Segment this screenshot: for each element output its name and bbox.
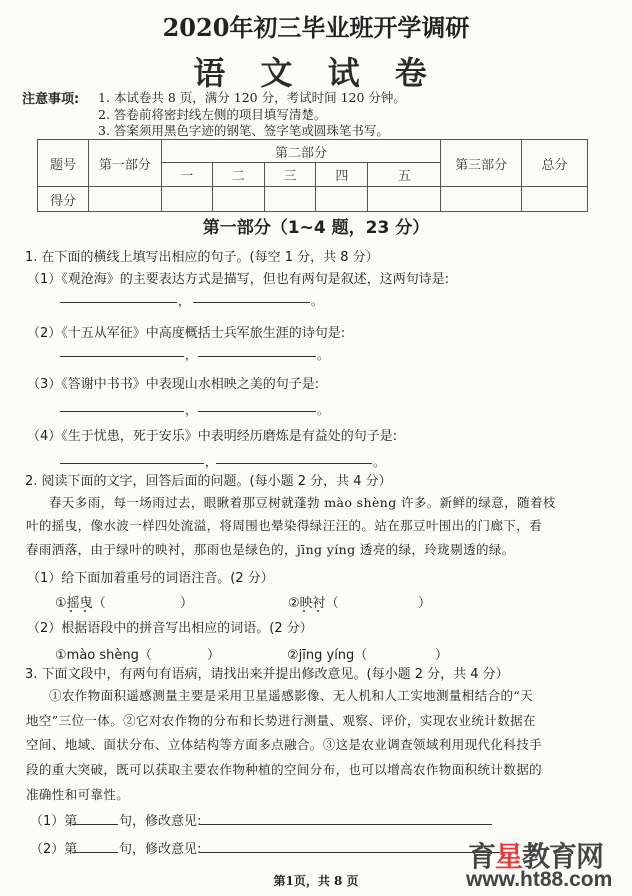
passage-2-line-1: 春天多雨，每一场雨过去，眼瞅着那豆树就蓬勃 mào shèng 许多。新鲜的绿意… [49,493,556,511]
comma: ， [185,401,197,418]
score-cell-part2-2[interactable] [212,187,264,212]
passage-2-line-2: 叶的摇曳，像水波一样四处流溢，将周围也晕染得绿汪汪的。站在那豆叶围出的门廊下，看 [26,516,542,534]
question-1-3: （3）《答谢中书书》中表现山水相映之美的句子是: [27,373,319,392]
watermark-url: www.ht88.com [466,868,612,892]
score-label: 得分 [38,187,89,212]
question-3-1-mid: 句，修改意见: [119,810,201,829]
question-2-2-item-2: ②jīng yíng（ [287,644,367,663]
passage-3-line-2: 地空”三位一体。②它对农作物的分布和长势进行测量、观察、评价，实现农业统计数据在 [26,711,536,729]
comma: ， [185,346,197,363]
question-1-stem: 1. 在下面的横线上填写出相应的句子。(每空 1 分，共 8 分） [25,246,379,265]
question-2-2: （2）根据语段中的拼音写出相应的词语。(2 分） [27,617,313,636]
close-paren: ） [180,592,193,611]
question-2-2-item-1: ①mào shèng（ [55,644,152,663]
header-part2: 第二部分 [161,140,440,163]
answer-blank-1-1b[interactable] [193,302,310,303]
score-cell-part2-5[interactable] [368,187,441,212]
passage-2-line-3: 春雨洒落，由于绿叶的映衬，那雨也是绿色的，jīng yíng 透亮的绿，玲珑剔透… [26,540,515,558]
period: 。 [317,401,329,418]
score-cell-part2-4[interactable] [316,187,368,212]
answer-blank-1-3a[interactable] [60,411,184,412]
answer-blank-3-2-suggestion[interactable] [200,852,500,853]
exam-title: 2020年初三毕业班开学调研 [0,8,632,43]
header-part2-4: 四 [316,163,368,187]
notice-label: 注意事项: [22,88,79,107]
header-part1: 第一部分 [88,140,161,187]
question-2-stem: 2. 阅读下面的文字，回答后面的问题。(每小题 2 分，共 4 分） [25,470,392,489]
score-cell-part1[interactable] [88,187,161,212]
header-part3: 第三部分 [441,140,522,187]
period: 。 [311,292,323,309]
score-cell-total[interactable] [522,187,588,212]
answer-blank-1-3b[interactable] [198,411,316,412]
score-cell-part2-3[interactable] [264,187,316,212]
question-3-2-prefix: （2）第 [30,838,77,857]
question-2-1: （1）给下面加着重号的词语注音。(2 分） [27,567,274,586]
question-3-stem: 3. 下面文段中，有两句有语病，请找出来并提出修改意见。(每小题 2 分，共 4… [25,663,509,682]
notice-item-1: 1. 本试卷共 8 页，满分 120 分，考试时间 120 分钟。 [98,88,406,106]
section-title: 第一部分（1~4 题，23 分） [0,213,632,238]
score-cell-part2-1[interactable] [161,187,212,212]
passage-3-line-1: ①农作物面积遥感测量主要是采用卫星遥感影像、无人机和人工实地测量相结合的“天 [49,686,533,704]
close-paren: ） [207,644,220,663]
period: 。 [317,346,329,363]
close-paren: ） [435,644,448,663]
notice-item-3: 3. 答案须用黑色字迹的钢笔、签字笔或圆珠笔书写。 [98,121,389,139]
answer-blank-1-2a[interactable] [60,356,184,357]
question-1-4: （4）《生于忧患，死于安乐》中表明经历磨炼是有益处的句子是: [27,425,397,444]
question-1-2: （2）《十五从军征》中高度概括士兵军旅生涯的诗句是: [27,322,345,341]
comma: ， [205,453,217,470]
passage-3-line-5: 准确性和可靠性。 [26,785,129,803]
score-cell-part3[interactable] [441,187,522,212]
question-2-1-item-2: ②映衬（ [288,592,339,611]
passage-3-line-3: 空间、地域、面状分布、立体结构等方面多点融合。③这是农业调查领域利用现代化科技手 [26,735,542,753]
header-part2-5: 五 [368,163,441,187]
close-paren: ） [418,592,431,611]
header-part2-1: 一 [161,163,212,187]
comma: ， [178,292,190,309]
score-table: 题号 第一部分 第二部分 第三部分 总分 一 二 三 四 五 得分 [37,139,588,212]
header-part2-3: 三 [264,163,316,187]
answer-blank-1-2b[interactable] [198,356,316,357]
answer-blank-1-4a[interactable] [60,463,204,464]
question-3-2-mid: 句，修改意见: [119,838,201,857]
answer-blank-1-1a[interactable] [60,302,177,303]
answer-blank-3-1-suggestion[interactable] [200,824,492,825]
answer-blank-1-4b[interactable] [216,463,372,464]
answer-blank-3-1-sentence[interactable] [72,824,118,825]
period: 。 [373,453,385,470]
question-2-1-item-1: ①摇曳（ [55,592,106,611]
header-part2-2: 二 [212,163,264,187]
header-total: 总分 [522,140,588,187]
header-question-number: 题号 [38,140,89,187]
question-1-1: （1）《观沧海》的主要表达方式是描写，但也有两句是叙述，这两句诗是: [27,268,449,287]
answer-blank-3-2-sentence[interactable] [72,852,118,853]
passage-3-line-4: 段的重大突破，既可以获取主要农作物种植的空间分布，也可以增高农作物面积统计数据的 [26,760,542,778]
question-3-1-prefix: （1）第 [30,810,77,829]
